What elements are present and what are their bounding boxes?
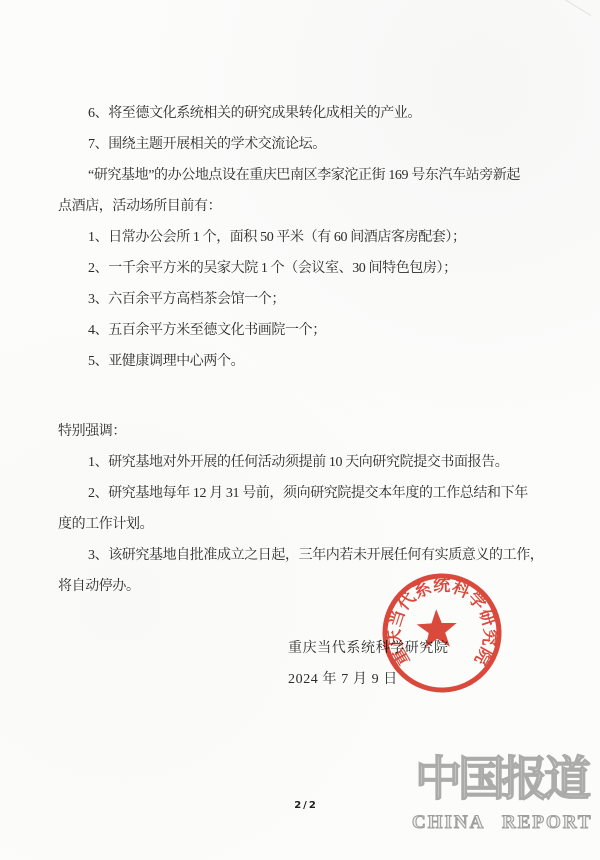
body-line: “研究基地”的办公地点设在重庆巴南区李家沱正街 169 号东汽车站旁新起 <box>58 160 546 191</box>
body-line: 点酒店，活动场所目前有： <box>58 191 546 222</box>
svg-text:重庆当代系统科学研究院: 重庆当代系统科学研究院 <box>382 573 502 673</box>
watermark-chinese-text: 中国报道 <box>412 748 590 812</box>
body-line: 6、将至德文化系统相关的研究成果转化成相关的产业。 <box>58 98 546 129</box>
scan-artifact <box>555 0 591 16</box>
emphasis-item: 1、研究基地对外开展的任何活动须提前 10 天向研究院提交书面报告。 <box>58 447 546 478</box>
scanned-document-page: 6、将至德文化系统相关的研究成果转化成相关的产业。 7、围绕主题开展相关的学术交… <box>0 0 600 860</box>
page-number: 2/2 <box>294 800 318 811</box>
watermark-english-text: CHINA REPORT <box>412 812 590 834</box>
seal-ring-text: 重庆当代系统科学研究院 <box>382 573 502 673</box>
official-seal-stamp: 重庆当代系统科学研究院 <box>375 566 509 700</box>
section-gap <box>58 377 546 416</box>
list-item: 1、日常办公会所 1 个，面积 50 平米（有 60 间酒店客房配套）； <box>58 222 546 253</box>
list-item: 3、六百余平方高档茶会馆一个； <box>58 284 546 315</box>
star-icon <box>416 608 457 647</box>
emphasis-heading: 特别强调： <box>58 416 546 447</box>
emphasis-item-continuation: 度的工作计划。 <box>58 509 546 540</box>
document-body: 6、将至德文化系统相关的研究成果转化成相关的产业。 7、围绕主题开展相关的学术交… <box>58 98 546 602</box>
list-item: 4、五百余平方米至德文化书画院一个； <box>58 315 546 346</box>
list-item: 2、一千余平方米的吴家大院 1 个（会议室、30 间特色包房）； <box>58 253 546 284</box>
list-item: 5、亚健康调理中心两个。 <box>58 346 546 377</box>
news-agency-watermark: 中国报道 CHINA REPORT <box>412 748 590 834</box>
emphasis-item: 2、研究基地每年 12 月 31 号前，须向研究院提交本年度的工作总结和下年 <box>58 478 546 509</box>
body-line: 7、围绕主题开展相关的学术交流论坛。 <box>58 129 546 160</box>
